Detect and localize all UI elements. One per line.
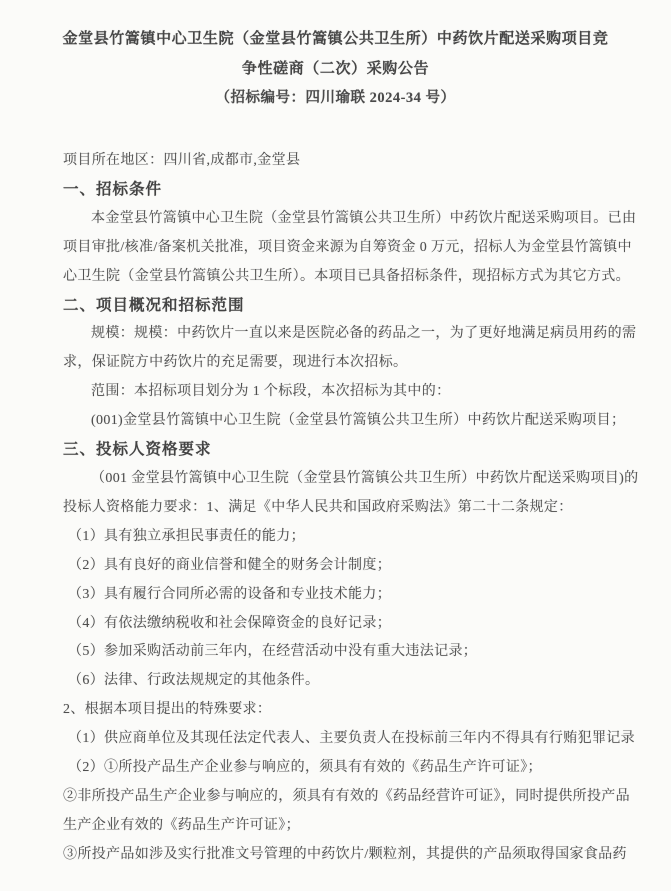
text-line: （2）具有良好的商业信誉和健全的财务会计制度； — [63, 552, 623, 581]
tender-number: （招标编号：四川瑜联 2024-34 号） — [0, 84, 671, 113]
text-line: （001 金堂县竹篙镇中心卫生院（金堂县竹篙镇公共卫生所）中药饮片配送采购项目)… — [63, 465, 623, 494]
text-line: （4）有依法缴纳税收和社会保障资金的良好记录； — [63, 610, 623, 639]
text-line: 生产企业有效的《药品生产许可证》； — [63, 812, 623, 841]
text-line: ③所投产品如涉及实行批准文号管理的中药饮片/颗粒剂，其提供的产品须取得国家食品药 — [63, 841, 623, 870]
document-title-line-2: 争性磋商（二次）采购公告 — [0, 54, 671, 84]
text-line: （2）①所投产品生产企业参与响应的，须具有有效的《药品生产许可证》； — [63, 754, 623, 783]
text-line: （1）具有独立承担民事责任的能力； — [63, 523, 623, 552]
document-title-line-1: 金堂县竹篙镇中心卫生院（金堂县竹篙镇公共卫生所）中药饮片配送采购项目竞 — [0, 24, 671, 54]
text-line: 心卫生院（金堂县竹篙镇公共卫生所）。本项目已具备招标条件，现招标方式为其它方式。 — [63, 263, 623, 292]
section-heading: 一、招标条件 — [63, 176, 623, 205]
text-line: 规模：规模：中药饮片一直以来是医院必备的药品之一，为了更好地满足病员用药的需 — [63, 320, 623, 349]
text-line: 投标人资格能力要求：1、满足《中华人民共和国政府采购法》第二十二条规定： — [63, 494, 623, 523]
text-line: （5）参加采购活动前三年内，在经营活动中没有重大违法记录； — [63, 638, 623, 667]
text-line: 本金堂县竹篙镇中心卫生院（金堂县竹篙镇公共卫生所）中药饮片配送采购项目。已由 — [63, 205, 623, 234]
document-body: 项目所在地区：四川省,成都市,金堂县一、招标条件本金堂县竹篙镇中心卫生院（金堂县… — [0, 147, 671, 870]
text-line: 求，保证院方中药饮片的充足需要，现进行本次招标。 — [63, 349, 623, 378]
section-heading: 三、投标人资格要求 — [63, 436, 623, 465]
text-line: ②非所投产品生产企业参与响应的，须具有有效的《药品经营许可证》，同时提供所投产品 — [63, 783, 623, 812]
text-line: 2、根据本项目提出的特殊要求： — [63, 696, 623, 725]
text-line: (001)金堂县竹篙镇中心卫生院（金堂县竹篙镇公共卫生所）中药饮片配送采购项目； — [63, 407, 623, 436]
text-line: （1）供应商单位及其现任法定代表人、主要负责人在投标前三年内不得具有行贿犯罪记录 — [63, 725, 623, 754]
text-line: 范围：本招标项目划分为 1 个标段，本次招标为其中的： — [63, 378, 623, 407]
text-line: 项目所在地区：四川省,成都市,金堂县 — [63, 147, 623, 176]
text-line: （3）具有履行合同所必需的设备和专业技术能力； — [63, 581, 623, 610]
document-page: 金堂县竹篙镇中心卫生院（金堂县竹篙镇公共卫生所）中药饮片配送采购项目竞 争性磋商… — [0, 0, 671, 891]
text-line: 项目审批/核准/备案机关批准，项目资金来源为自筹资金 0 万元，招标人为金堂县竹… — [63, 234, 623, 263]
text-line: （6）法律、行政法规规定的其他条件。 — [63, 667, 623, 696]
document-title-block: 金堂县竹篙镇中心卫生院（金堂县竹篙镇公共卫生所）中药饮片配送采购项目竞 争性磋商… — [0, 0, 671, 113]
section-heading: 二、项目概况和招标范围 — [63, 292, 623, 321]
